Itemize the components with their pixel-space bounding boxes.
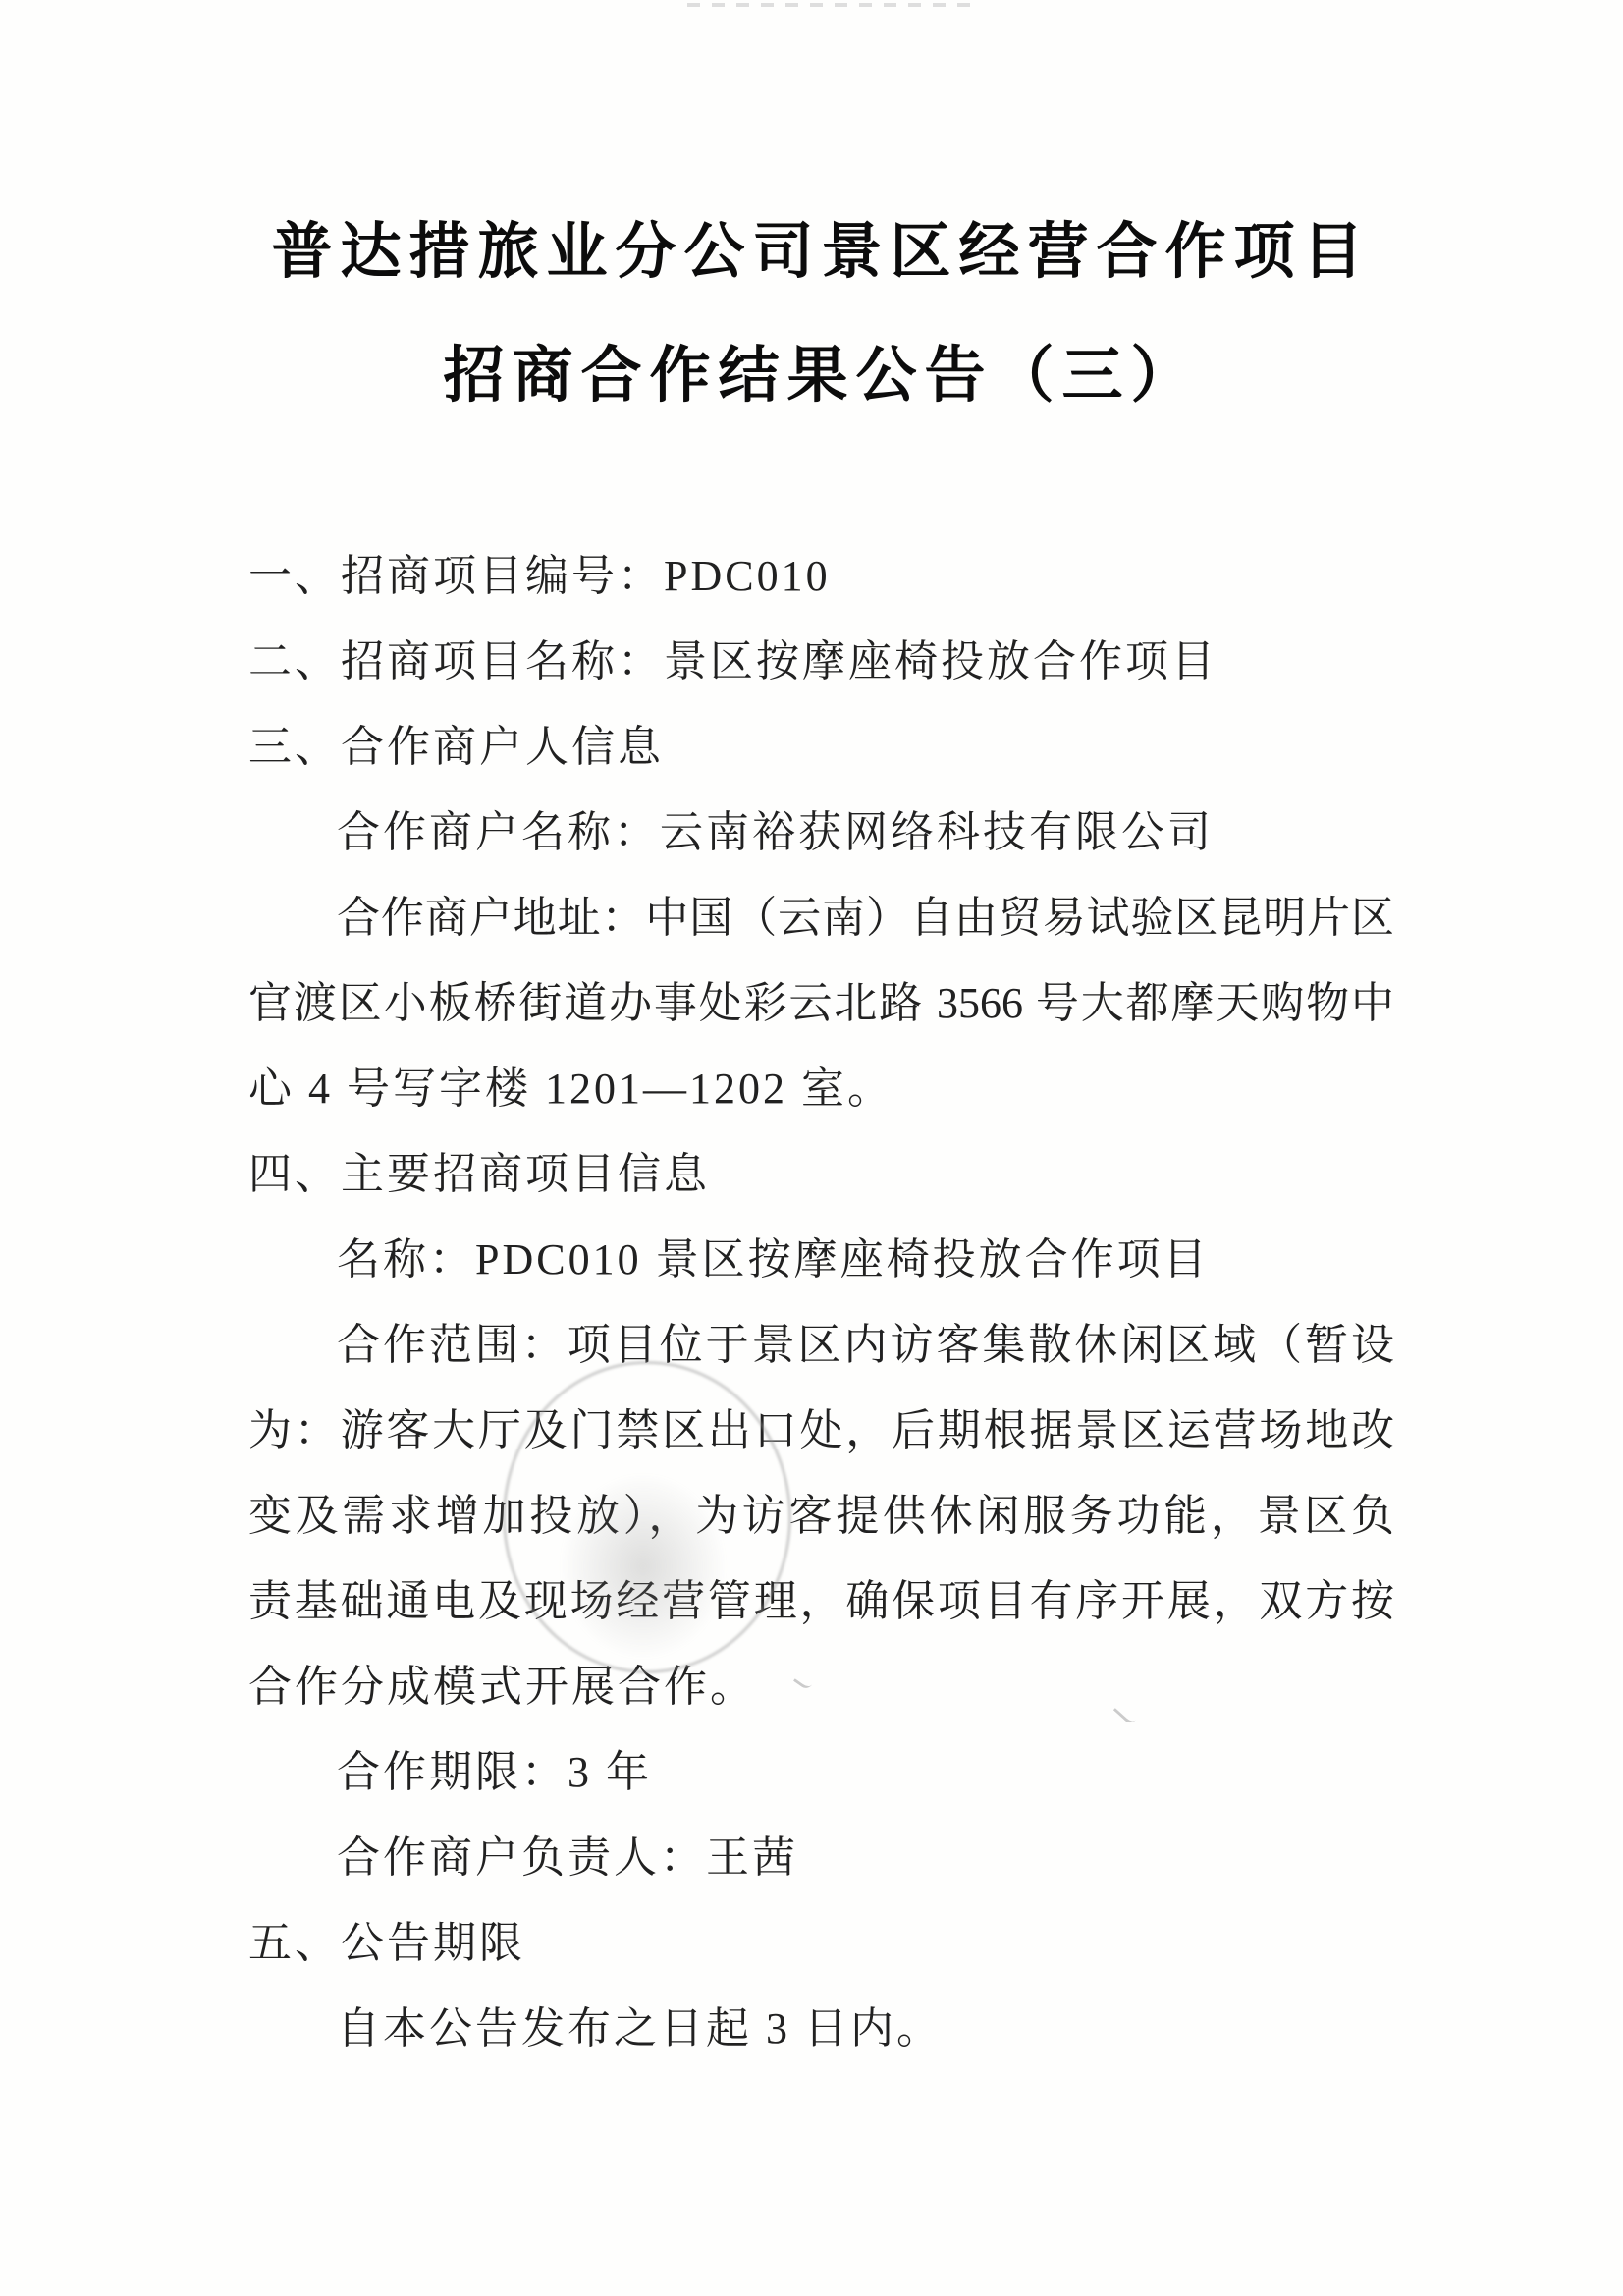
- line-partner-info-heading: 三、合作商户人信息: [248, 704, 1394, 790]
- line-partner-address-3: 心 4 号写字楼 1201—1202 室。: [248, 1046, 1394, 1131]
- line-announcement-period-heading: 五、公告期限: [248, 1900, 1394, 1986]
- line-project-name: 二、招商项目名称：景区按摩座椅投放合作项目: [248, 619, 1394, 704]
- line-cooperation-scope-5: 合作分成模式开展合作。: [248, 1644, 1394, 1729]
- line-partner-address-1: 合作商户地址：中国（云南）自由贸易试验区昆明片区: [248, 875, 1394, 960]
- line-cooperation-scope-4: 责基础通电及现场经营管理，确保项目有序开展，双方按: [248, 1558, 1394, 1644]
- line-main-project-name: 名称：PDC010 景区按摩座椅投放合作项目: [248, 1217, 1394, 1302]
- document-body: 一、招商项目编号：PDC010 二、招商项目名称：景区按摩座椅投放合作项目 三、…: [248, 533, 1394, 2071]
- line-cooperation-scope-3: 变及需求增加投放），为访客提供休闲服务功能，景区负: [248, 1473, 1394, 1558]
- document-title-line-2: 招商合作结果公告（三）: [248, 342, 1394, 410]
- line-main-project-heading: 四、主要招商项目信息: [248, 1131, 1394, 1217]
- line-partner-contact: 合作商户负责人：王茜: [248, 1815, 1394, 1900]
- scanned-document-page: 普达措旅业分公司景区经营合作项目 招商合作结果公告（三） 一、招商项目编号：PD…: [0, 0, 1623, 2296]
- document-title-line-1: 普达措旅业分公司景区经营合作项目: [248, 218, 1394, 287]
- stamp-smudge: [560, 1473, 727, 1660]
- line-partner-address-2: 官渡区小板桥街道办事处彩云北路 3566 号大都摩天购物中: [248, 960, 1394, 1046]
- line-cooperation-scope-1: 合作范围：项目位于景区内访客集散休闲区域（暂设: [248, 1302, 1394, 1388]
- scan-noise-dashes: [687, 3, 972, 7]
- line-cooperation-term: 合作期限：3 年: [248, 1729, 1394, 1815]
- line-announcement-period: 自本公告发布之日起 3 日内。: [248, 1986, 1394, 2071]
- line-cooperation-scope-2: 为：游客大厅及门禁区出口处，后期根据景区运营场地改: [248, 1388, 1394, 1473]
- line-project-code: 一、招商项目编号：PDC010: [248, 533, 1394, 619]
- line-partner-name: 合作商户名称：云南裕获网络科技有限公司: [248, 790, 1394, 875]
